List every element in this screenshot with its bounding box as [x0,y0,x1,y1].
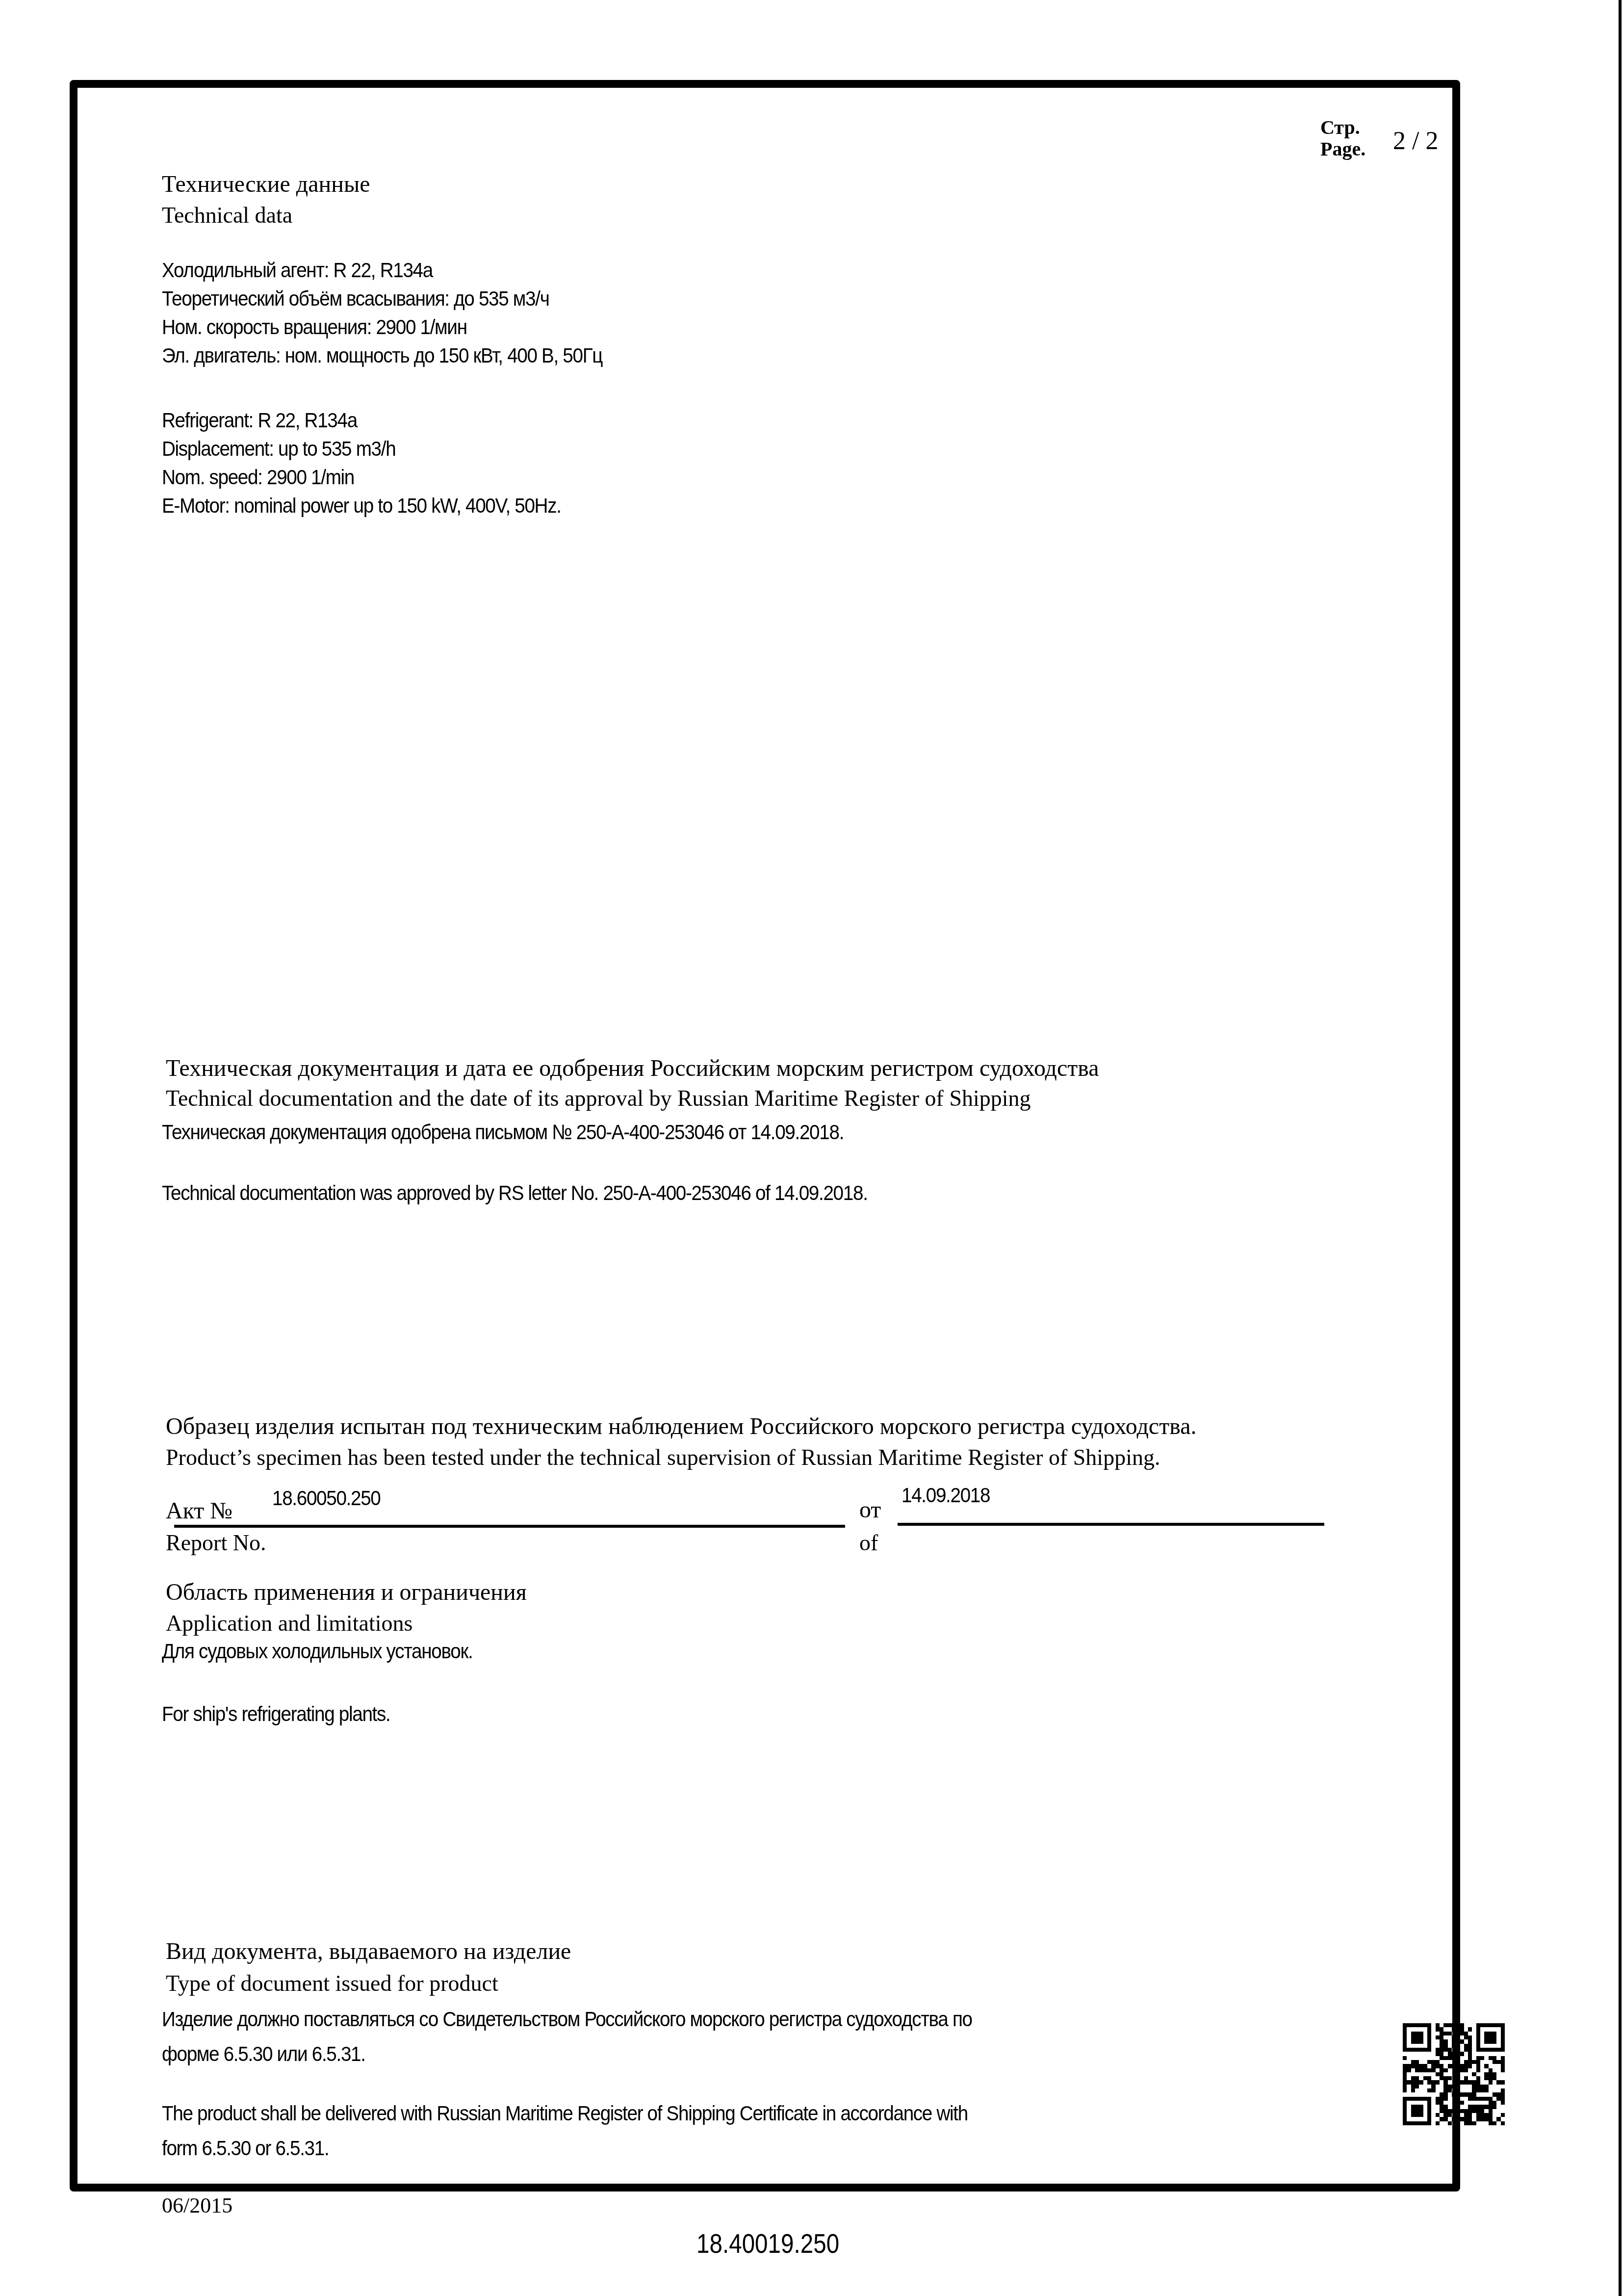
document-type-line: The product shall be delivered with Russ… [162,2093,968,2134]
report-date-underline [898,1523,1324,1526]
date-label-en: of [859,1530,878,1556]
report-label-en: Report No. [166,1530,266,1556]
date-label-ru: от [859,1496,881,1523]
document-type-line: форме 6.5.30 или 6.5.31. [162,2040,972,2068]
technical-data-heading-ru: Технические данные [162,171,370,198]
technical-data-line: Refrigerant: R 22, R134a [162,406,561,435]
report-date: 14.09.2018 [901,1484,990,1508]
technical-data-list-en: Refrigerant: R 22, R134a Displacement: u… [162,406,561,520]
documentation-heading-ru: Техническая документация и дата ее одобр… [166,1055,1099,1082]
documentation-heading-en: Technical documentation and the date of … [166,1085,1031,1111]
technical-data-line: Nom. speed: 2900 1/min [162,463,561,492]
document-number: 18.40019.250 [696,2227,839,2259]
technical-data-line: Теоретический объём всасывания: до 535 м… [162,285,602,313]
scan-edge-line [1619,0,1622,2296]
documentation-text-ru: Техническая документация одобрена письмо… [162,1121,844,1145]
report-number-underline [174,1525,845,1528]
form-date: 06/2015 [162,2193,232,2218]
page-label-ru: Стр. [1320,117,1365,138]
specimen-text-ru: Образец изделия испытан под техническим … [166,1413,1196,1440]
page-number: 2 / 2 [1393,127,1438,156]
application-heading-ru: Область применения и ограничения [166,1579,527,1606]
technical-data-list-ru: Холодильный агент: R 22, R134a Теоретиче… [162,256,602,370]
technical-data-line: Displacement: up to 535 m3/h [162,435,561,463]
technical-data-line: Ном. скорость вращения: 2900 1/мин [162,313,602,341]
page-label: Стр. Page. [1320,117,1365,160]
page-label-en: Page. [1320,138,1365,160]
document-type-text-ru: Изделие должно поставляться со Свидетель… [162,1999,972,2068]
document-type-text-en: The product shall be delivered with Russ… [162,2093,968,2163]
technical-data-line: E-Motor: nominal power up to 150 kW, 400… [162,492,561,520]
document-type-line: Изделие должно поставляться со Свидетель… [162,1999,972,2040]
document-type-heading-ru: Вид документа, выдаваемого на изделие [166,1938,571,1965]
application-text-ru: Для судовых холодильных установок. [162,1640,472,1664]
application-text-en: For ship's refrigerating plants. [162,1702,390,1726]
technical-data-line: Холодильный агент: R 22, R134a [162,256,602,285]
report-label-ru: Акт № [166,1497,232,1524]
document-type-line: form 6.5.30 or 6.5.31. [162,2134,968,2163]
technical-data-heading-en: Technical data [162,202,292,228]
specimen-text-en: Product’s specimen has been tested under… [166,1444,1160,1470]
documentation-text-en: Technical documentation was approved by … [162,1181,868,1205]
report-number: 18.60050.250 [272,1487,381,1511]
technical-data-line: Эл. двигатель: ном. мощность до 150 кВт,… [162,341,602,370]
application-heading-en: Application and limitations [166,1610,412,1636]
qr-code-icon [1403,2022,1505,2126]
document-type-heading-en: Type of document issued for product [166,1970,498,1996]
